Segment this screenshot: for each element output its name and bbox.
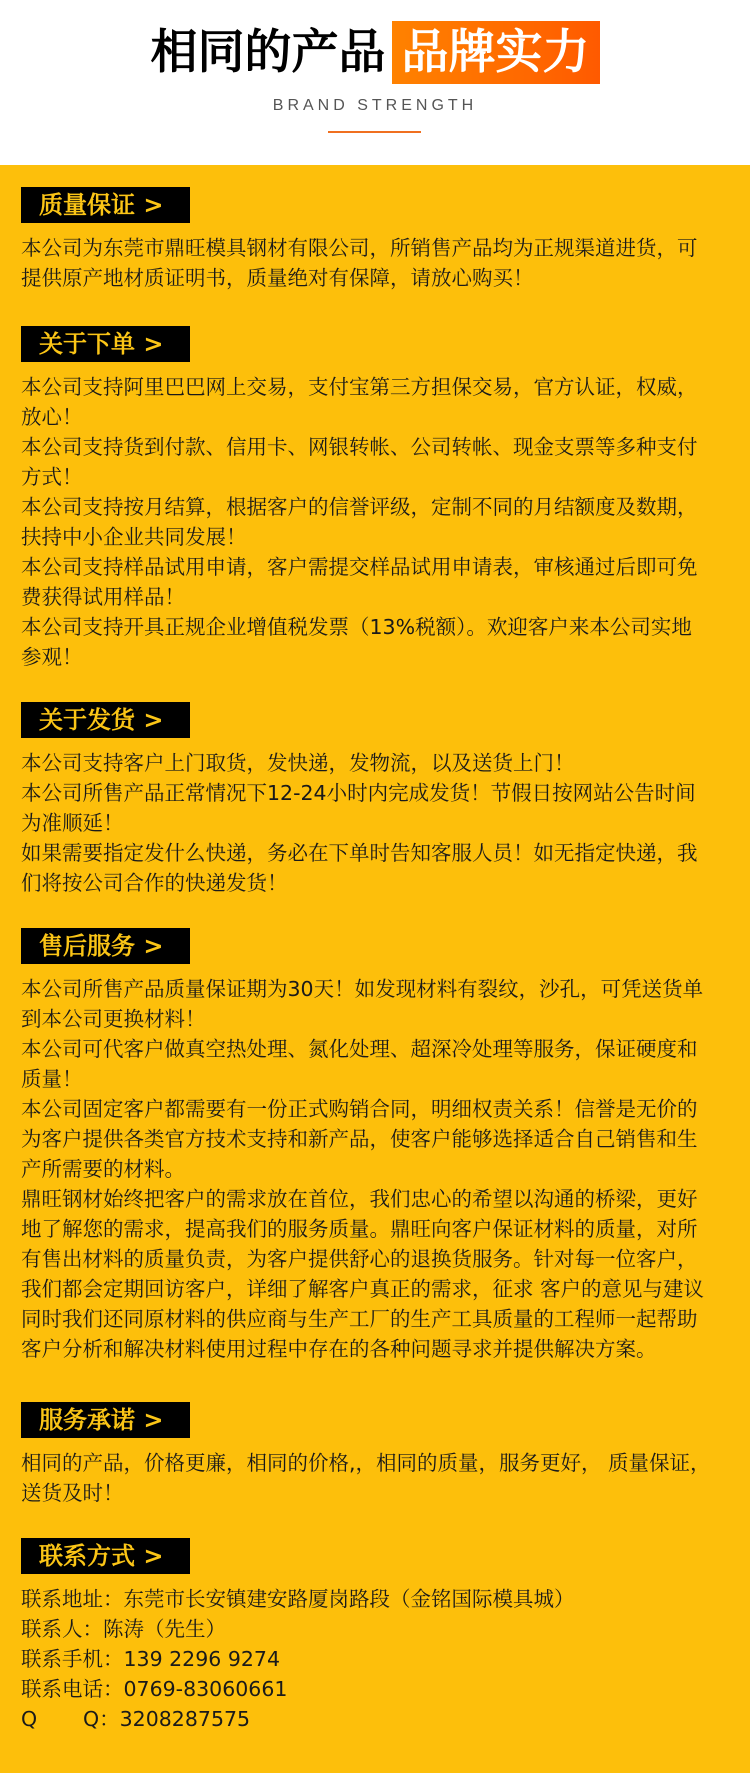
contact-phone-label: 联系电话： — [21, 1677, 124, 1701]
hero-title: 相同的产品 品牌实力 — [0, 21, 750, 84]
body-line: 客户分析和解决材料使用过程中存在的各种问题寻求并提供解决方案。 — [21, 1334, 732, 1364]
contact-qq-value[interactable]: 3208287575 — [120, 1704, 250, 1734]
section-body-shipping: 本公司支持客户上门取货，发快递，发物流，以及送货上门！ 本公司所售产品正常情况下… — [21, 748, 750, 898]
contact-phone-value[interactable]: 0769-83060661 — [124, 1677, 288, 1701]
section-quality: 质量保证 > 本公司为东莞市鼎旺模具钢材有限公司，所销售产品均为正规渠道进货，可… — [0, 187, 750, 293]
body-line: 本公司可代客户做真空热处理、氮化处理、超深冷处理等服务，保证硬度和 — [21, 1034, 732, 1064]
section-shipping: 关于发货 > 本公司支持客户上门取货，发快递，发物流，以及送货上门！ 本公司所售… — [0, 702, 750, 898]
contact-mobile: 联系手机：139 2296 9274 — [21, 1644, 732, 1674]
section-contact: 联系方式 > 联系地址：东莞市长安镇建安路厦岗路段（金铭国际模具城） 联系人：陈… — [0, 1538, 750, 1734]
contact-address-label: 联系地址： — [21, 1587, 124, 1611]
body-line: 鼎旺钢材始终把客户的需求放在首位，我们忠心的希望以沟通的桥梁，更好 — [21, 1184, 732, 1214]
body-line: 们将按公司合作的快递发货！ — [21, 868, 732, 898]
body-line: 本公司固定客户都需要有一份正式购销合同，明细权责关系！信誉是无价的 — [21, 1094, 732, 1124]
contact-phone: 联系电话：0769-83060661 — [21, 1674, 732, 1704]
section-body-service-promise: 相同的产品，价格更廉，相同的价格,，相同的质量，服务更好， 质量保证， 送货及时… — [21, 1448, 750, 1508]
body-line: 为准顺延！ — [21, 808, 732, 838]
page: 相同的产品 品牌实力 BRAND STRENGTH 质量保证 > 本公司为东莞市… — [0, 0, 750, 1773]
body-line: 本公司支持货到付款、信用卡、网银转帐、公司转帐、现金支票等多种支付 — [21, 432, 732, 462]
body-line: 本公司为东莞市鼎旺模具钢材有限公司，所销售产品均为正规渠道进货，可 — [21, 233, 732, 263]
hero-title-black: 相同的产品 — [151, 21, 386, 84]
body-line: 到本公司更换材料！ — [21, 1004, 732, 1034]
section-service-promise: 服务承诺 > 相同的产品，价格更廉，相同的价格,，相同的质量，服务更好， 质量保… — [0, 1402, 750, 1508]
section-body-contact: 联系地址：东莞市长安镇建安路厦岗路段（金铭国际模具城） 联系人：陈涛（先生） 联… — [21, 1584, 750, 1734]
section-body-after-sales: 本公司所售产品质量保证期为30天！如发现材料有裂纹，沙孔，可凭送货单 到本公司更… — [21, 974, 750, 1364]
body-line: 扶持中小企业共同发展！ — [21, 522, 732, 552]
section-header-quality: 质量保证 > — [21, 187, 190, 223]
body-line: 本公司支持客户上门取货，发快递，发物流，以及送货上门！ — [21, 748, 732, 778]
body-line: 地了解您的需求，提高我们的服务质量。鼎旺向客户保证材料的质量，对所 — [21, 1214, 732, 1244]
body-line: 放心！ — [21, 402, 732, 432]
section-after-sales: 售后服务 > 本公司所售产品质量保证期为30天！如发现材料有裂纹，沙孔，可凭送货… — [0, 928, 750, 1364]
section-body-ordering: 本公司支持阿里巴巴网上交易，支付宝第三方担保交易，官方认证，权威， 放心！ 本公… — [21, 372, 750, 672]
hero-subtitle: BRAND STRENGTH — [0, 97, 750, 115]
section-header-ordering: 关于下单 > — [21, 326, 190, 362]
contact-qq-label-2: Q： — [83, 1704, 120, 1734]
body-line: 为客户提供各类官方技术支持和新产品，使客户能够选择适合自己销售和生 — [21, 1124, 732, 1154]
contact-person-label: 联系人： — [21, 1617, 103, 1641]
contact-address: 联系地址：东莞市长安镇建安路厦岗路段（金铭国际模具城） — [21, 1584, 732, 1614]
body-line: 本公司支持开具正规企业增值税发票（13%税额）。欢迎客户来本公司实地 — [21, 612, 732, 642]
section-header-service-promise: 服务承诺 > — [21, 1402, 190, 1438]
hero-divider — [328, 131, 421, 133]
section-ordering: 关于下单 > 本公司支持阿里巴巴网上交易，支付宝第三方担保交易，官方认证，权威，… — [0, 326, 750, 672]
contact-person-value: 陈涛（先生） — [103, 1617, 226, 1641]
body-line: 产所需要的材料。 — [21, 1154, 732, 1184]
contact-address-value: 东莞市长安镇建安路厦岗路段（金铭国际模具城） — [124, 1587, 575, 1611]
content-area: 质量保证 > 本公司为东莞市鼎旺模具钢材有限公司，所销售产品均为正规渠道进货，可… — [0, 165, 750, 1773]
body-line: 本公司支持样品试用申请，客户需提交样品试用申请表，审核通过后即可免 — [21, 552, 732, 582]
body-line: 送货及时！ — [21, 1478, 732, 1508]
contact-mobile-label: 联系手机： — [21, 1647, 124, 1671]
contact-qq-label-1: Q — [21, 1704, 83, 1734]
body-line: 本公司所售产品正常情况下12-24小时内完成发货！节假日按网站公告时间 — [21, 778, 732, 808]
body-line: 我们都会定期回访客户，详细了解客户真正的需求，征求 客户的意见与建议 — [21, 1274, 732, 1304]
section-header-contact: 联系方式 > — [21, 1538, 190, 1574]
body-line: 费获得试用样品！ — [21, 582, 732, 612]
body-line: 相同的产品，价格更廉，相同的价格,，相同的质量，服务更好， 质量保证， — [21, 1448, 732, 1478]
hero-title-highlight: 品牌实力 — [392, 21, 600, 84]
body-line: 参观！ — [21, 642, 732, 672]
body-line: 本公司所售产品质量保证期为30天！如发现材料有裂纹，沙孔，可凭送货单 — [21, 974, 732, 1004]
contact-mobile-value[interactable]: 139 2296 9274 — [124, 1647, 281, 1671]
section-header-after-sales: 售后服务 > — [21, 928, 190, 964]
hero-banner: 相同的产品 品牌实力 BRAND STRENGTH — [0, 0, 750, 165]
body-line: 提供原产地材质证明书，质量绝对有保障，请放心购买！ — [21, 263, 732, 293]
contact-qq: QQ：3208287575 — [21, 1704, 732, 1734]
section-body-quality: 本公司为东莞市鼎旺模具钢材有限公司，所销售产品均为正规渠道进货，可 提供原产地材… — [21, 233, 750, 293]
body-line: 如果需要指定发什么快递，务必在下单时告知客服人员！如无指定快递，我 — [21, 838, 732, 868]
body-line: 质量！ — [21, 1064, 732, 1094]
contact-person: 联系人：陈涛（先生） — [21, 1614, 732, 1644]
body-line: 本公司支持按月结算，根据客户的信誉评级，定制不同的月结额度及数期， — [21, 492, 732, 522]
body-line: 本公司支持阿里巴巴网上交易，支付宝第三方担保交易，官方认证，权威， — [21, 372, 732, 402]
body-line: 有售出材料的质量负责，为客户提供舒心的退换货服务。针对每一位客户， — [21, 1244, 732, 1274]
body-line: 方式！ — [21, 462, 732, 492]
body-line: 同时我们还同原材料的供应商与生产工厂的生产工具质量的工程师一起帮助 — [21, 1304, 732, 1334]
section-header-shipping: 关于发货 > — [21, 702, 190, 738]
